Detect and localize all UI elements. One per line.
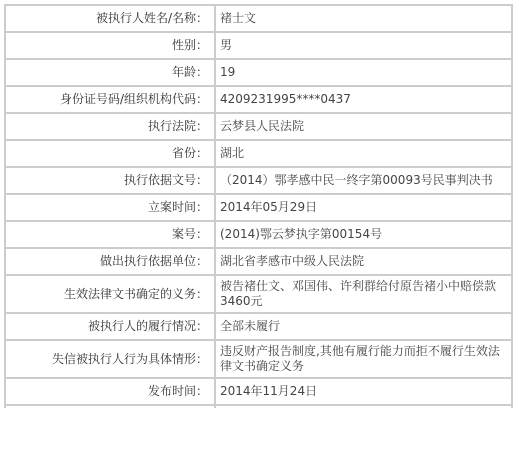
value-performance-status: 全部未履行 [215, 313, 512, 340]
label-age: 年龄： [5, 59, 215, 86]
row-province: 省份： 湖北 [5, 140, 512, 167]
value-court: 云梦县人民法院 [215, 113, 512, 140]
value-province: 湖北 [215, 140, 512, 167]
trailing-cell-right [215, 405, 512, 408]
label-court: 执行法院： [5, 113, 215, 140]
value-case-number: (2014)鄂云梦执字第00154号 [215, 221, 512, 248]
row-trailing [5, 405, 512, 408]
label-province: 省份： [5, 140, 215, 167]
value-id-number: 4209231995****0437 [215, 86, 512, 113]
value-age: 19 [215, 59, 512, 86]
label-gender: 性别： [5, 32, 215, 59]
label-name: 被执行人姓名/名称： [5, 5, 215, 32]
value-issuing-unit: 湖北省孝感市中级人民法院 [215, 248, 512, 275]
label-performance-status: 被执行人的履行情况： [5, 313, 215, 340]
row-obligation: 生效法律文书确定的义务： 被告褚仕文、邓国伟、许利群给付原告褚小中赔偿款3460… [5, 275, 512, 313]
row-court: 执行法院： 云梦县人民法院 [5, 113, 512, 140]
value-dishonest-behavior: 违反财产报告制度,其他有履行能力而拒不履行生效法律文书确定义务 [215, 340, 512, 378]
value-gender: 男 [215, 32, 512, 59]
dishonest-debtor-info-table: 被执行人姓名/名称： 褚士文 性别： 男 年龄： 19 身份证号码/组织机构代码… [4, 4, 513, 408]
value-obligation: 被告褚仕文、邓国伟、许利群给付原告褚小中赔偿款3460元 [215, 275, 512, 313]
label-publish-date: 发布时间： [5, 378, 215, 405]
row-id-number: 身份证号码/组织机构代码： 4209231995****0437 [5, 86, 512, 113]
row-issuing-unit: 做出执行依据单位： 湖北省孝感市中级人民法院 [5, 248, 512, 275]
value-name: 褚士文 [215, 5, 512, 32]
label-issuing-unit: 做出执行依据单位： [5, 248, 215, 275]
row-case-number: 案号： (2014)鄂云梦执字第00154号 [5, 221, 512, 248]
row-performance-status: 被执行人的履行情况： 全部未履行 [5, 313, 512, 340]
value-filing-date: 2014年05月29日 [215, 194, 512, 221]
row-filing-date: 立案时间： 2014年05月29日 [5, 194, 512, 221]
row-publish-date: 发布时间： 2014年11月24日 [5, 378, 512, 405]
row-age: 年龄： 19 [5, 59, 512, 86]
value-publish-date: 2014年11月24日 [215, 378, 512, 405]
label-filing-date: 立案时间： [5, 194, 215, 221]
trailing-cell-left [5, 405, 215, 408]
label-case-number: 案号： [5, 221, 215, 248]
row-basis-doc-number: 执行依据文号： （2014）鄂孝感中民一终字第00093号民事判决书 [5, 167, 512, 194]
row-dishonest-behavior: 失信被执行人行为具体情形： 违反财产报告制度,其他有履行能力而拒不履行生效法律文… [5, 340, 512, 378]
label-dishonest-behavior: 失信被执行人行为具体情形： [5, 340, 215, 378]
label-obligation: 生效法律文书确定的义务： [5, 275, 215, 313]
row-gender: 性别： 男 [5, 32, 512, 59]
label-basis-doc-number: 执行依据文号： [5, 167, 215, 194]
value-basis-doc-number: （2014）鄂孝感中民一终字第00093号民事判决书 [215, 167, 512, 194]
label-id-number: 身份证号码/组织机构代码： [5, 86, 215, 113]
row-name: 被执行人姓名/名称： 褚士文 [5, 5, 512, 32]
